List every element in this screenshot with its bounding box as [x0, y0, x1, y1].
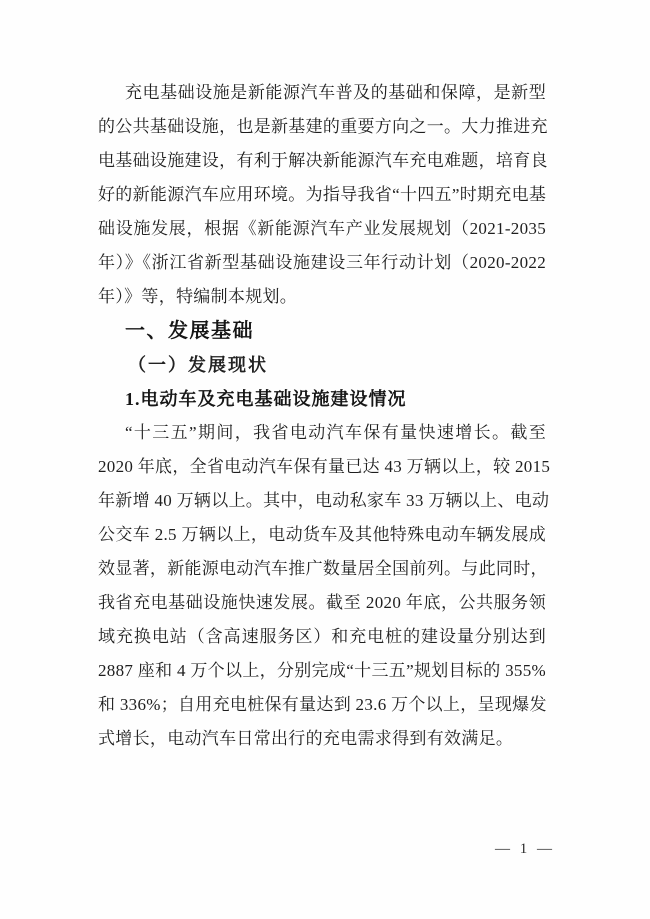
paragraph-line: 的公共基础设施，也是新基建的重要方向之一。大力推进充: [98, 110, 546, 144]
topic-heading: 1.电动车及充电基础设施建设情况: [98, 382, 546, 416]
paragraph-line: 我省充电基础设施快速发展。截至 2020 年底，公共服务领: [98, 586, 546, 620]
paragraph-line: 年）》等，特编制本规划。: [98, 280, 546, 314]
paragraph-line: 2887 座和 4 万个以上，分别完成“十三五”规划目标的 355%: [98, 654, 546, 688]
paragraph-line: 效显著，新能源电动汽车推广数量居全国前列。与此同时，: [98, 552, 546, 586]
paragraph-line: 2020 年底，全省电动汽车保有量已达 43 万辆以上，较 2015: [98, 450, 546, 484]
paragraph-line: 年）》《浙江省新型基础设施建设三年行动计划（2020-2022: [98, 246, 546, 280]
paragraph-line: “十三五”期间，我省电动汽车保有量快速增长。截至: [98, 416, 546, 450]
paragraph-line: 充电基础设施是新能源汽车普及的基础和保障，是新型: [98, 76, 546, 110]
subsection-heading: （一）发展现状: [98, 348, 546, 382]
paragraph-line: 础设施发展，根据《新能源汽车产业发展规划（2021-2035: [98, 212, 546, 246]
paragraph-line: 好的新能源汽车应用环境。为指导我省“十四五”时期充电基: [98, 178, 546, 212]
paragraph-line: 公交车 2.5 万辆以上，电动货车及其他特殊电动车辆发展成: [98, 518, 546, 552]
document-page: 充电基础设施是新能源汽车普及的基础和保障，是新型 的公共基础设施，也是新基建的重…: [0, 0, 650, 919]
paragraph-line: 和 336%；自用充电桩保有量达到 23.6 万个以上，呈现爆发: [98, 688, 546, 722]
paragraph-line: 域充换电站（含高速服务区）和充电桩的建设量分别达到: [98, 620, 546, 654]
section-heading: 一、发展基础: [98, 314, 546, 348]
document-body: 充电基础设施是新能源汽车普及的基础和保障，是新型 的公共基础设施，也是新基建的重…: [98, 76, 546, 756]
page-number: — 1 —: [495, 841, 555, 858]
paragraph-line: 电基础设施建设，有利于解决新能源汽车充电难题，培育良: [98, 144, 546, 178]
paragraph-line: 年新增 40 万辆以上。其中，电动私家车 33 万辆以上、电动: [98, 484, 546, 518]
paragraph-line: 式增长，电动汽车日常出行的充电需求得到有效满足。: [98, 722, 546, 756]
